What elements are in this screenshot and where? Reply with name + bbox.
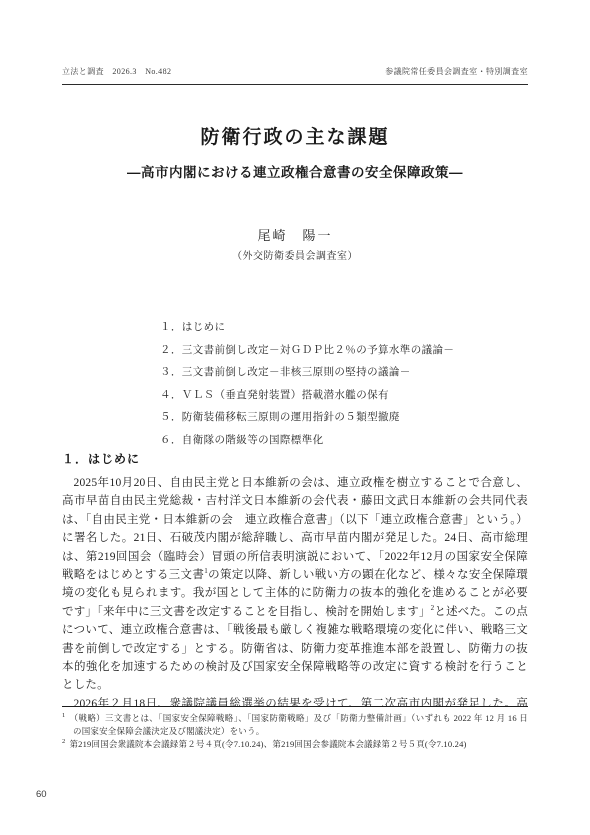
toc-item-5: ５．防衛装備移転三原則の運用指針の５類型撤廃 <box>160 407 454 430</box>
running-header: 立法と調査 2026.3 No.482 参議院常任委員会調査室・特別調査室 <box>62 66 528 77</box>
journal-issue-label: 立法と調査 2026.3 No.482 <box>62 66 171 77</box>
toc-item-6: ６．自衛隊の階級等の国際標準化 <box>160 430 454 453</box>
article-title: 防衛行政の主な課題 <box>0 122 590 149</box>
header-rule <box>62 84 528 85</box>
paragraph-1-text-c: と述べた。この点について、連立政権合意書は、「戦後最も厳しく複雑な戦略環境の変化… <box>62 606 528 692</box>
paragraph-1-text-a: 2025年10月20日、自由民主党と日本維新の会は、連立政権を樹立することで合意… <box>62 477 528 581</box>
footnote-2-marker: 2 <box>62 738 65 745</box>
toc-item-3: ３．三文書前倒し改定－非核三原則の堅持の議論－ <box>160 362 454 385</box>
paragraph-1: 2025年10月20日、自由民主党と日本維新の会は、連立政権を樹立することで合意… <box>62 474 528 695</box>
table-of-contents: １．はじめに ２．三文書前倒し改定－対ＧＤＰ比２％の予算水準の議論－ ３．三文書… <box>160 317 454 453</box>
toc-item-4: ４．ＶＬＳ（垂直発射装置）搭載潜水艦の保有 <box>160 385 454 408</box>
footnote-2: 2第219回国会衆議院本会議録第２号４頁(令7.10.24)、第219回国会参議… <box>62 738 528 751</box>
page-number: 60 <box>36 789 47 800</box>
author-affiliation: （外交防衛委員会調査室） <box>0 247 590 262</box>
publisher-label: 参議院常任委員会調査室・特別調査室 <box>385 66 528 77</box>
article-subtitle: ―高市内閣における連立政権合意書の安全保障政策― <box>0 161 590 181</box>
footnote-separator-rule <box>62 706 528 707</box>
toc-item-2: ２．三文書前倒し改定－対ＧＤＰ比２％の予算水準の議論－ <box>160 340 454 363</box>
toc-item-1: １．はじめに <box>160 317 454 340</box>
footnotes-block: 1（戦略）三文書とは、「国家安全保障戦略」、「国家防衛戦略」及び「防衛力整備計画… <box>62 706 528 750</box>
footnote-1-text: （戦略）三文書とは、「国家安全保障戦略」、「国家防衛戦略」及び「防衛力整備計画」… <box>69 713 528 736</box>
footnote-2-text: 第219回国会衆議院本会議録第２号４頁(令7.10.24)、第219回国会参議院… <box>69 739 466 749</box>
journal-page: 立法と調査 2026.3 No.482 参議院常任委員会調査室・特別調査室 防衛… <box>0 0 590 835</box>
section-1-heading: １．はじめに <box>62 450 140 467</box>
author-name: 尾崎 陽一 <box>0 225 590 244</box>
footnote-1: 1（戦略）三文書とは、「国家安全保障戦略」、「国家防衛戦略」及び「防衛力整備計画… <box>62 712 528 738</box>
footnote-1-marker: 1 <box>62 712 65 719</box>
